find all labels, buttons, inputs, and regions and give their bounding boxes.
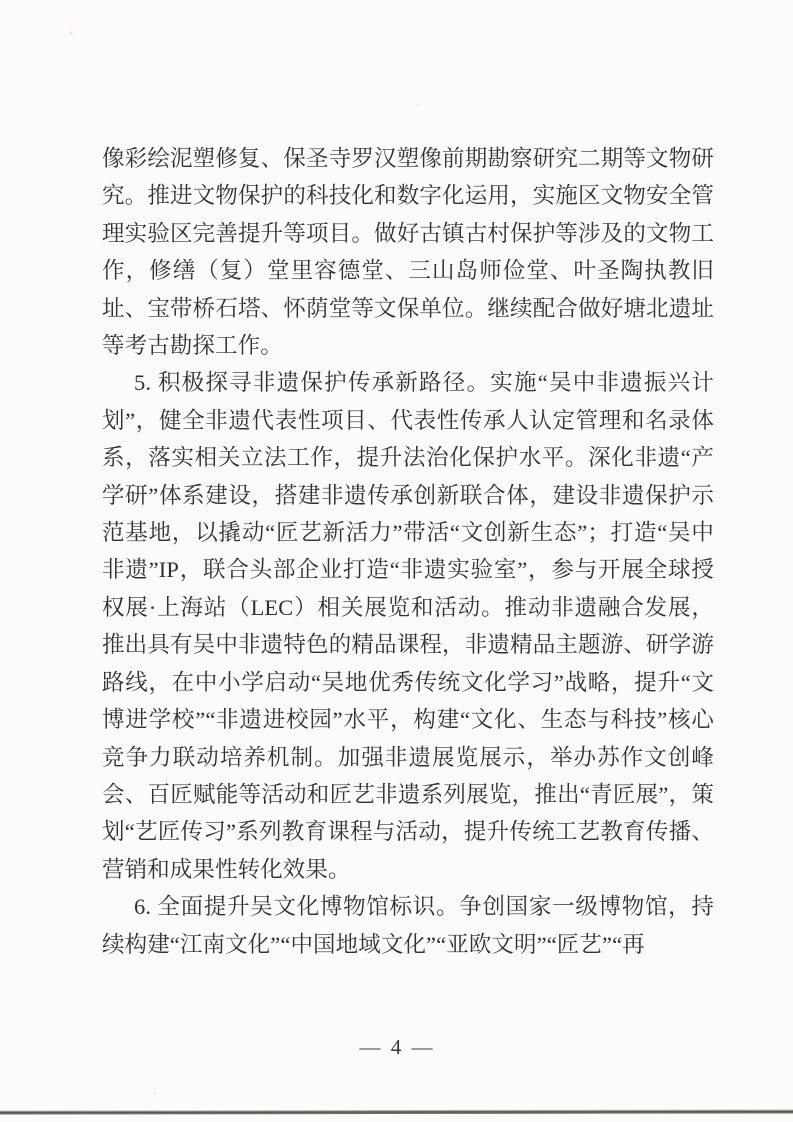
scan-speck xyxy=(70,31,73,34)
text-block: 像彩绘泥塑修复、保圣寺罗汉塑像前期勘察研究二期等文物研究。推进文物保护的科技化和… xyxy=(102,140,714,963)
paragraph: 5. 积极探寻非遗保护传承新路径。实施“吴中非遗振兴计划”，健全非遗代表性项目、… xyxy=(102,364,714,888)
scan-edge-line xyxy=(0,1109,793,1114)
paragraph: 像彩绘泥塑修复、保圣寺罗汉塑像前期勘察研究二期等文物研究。推进文物保护的科技化和… xyxy=(102,140,714,364)
scan-speck xyxy=(417,104,419,106)
document-page: 像彩绘泥塑修复、保圣寺罗汉塑像前期勘察研究二期等文物研究。推进文物保护的科技化和… xyxy=(0,0,793,1122)
scan-speck xyxy=(154,1092,156,1094)
paragraph: 6. 全面提升吴文化博物馆标识。争创国家一级博物馆，持续构建“江南文化”“中国地… xyxy=(102,888,714,963)
page-number: — 4 — xyxy=(0,1035,793,1060)
